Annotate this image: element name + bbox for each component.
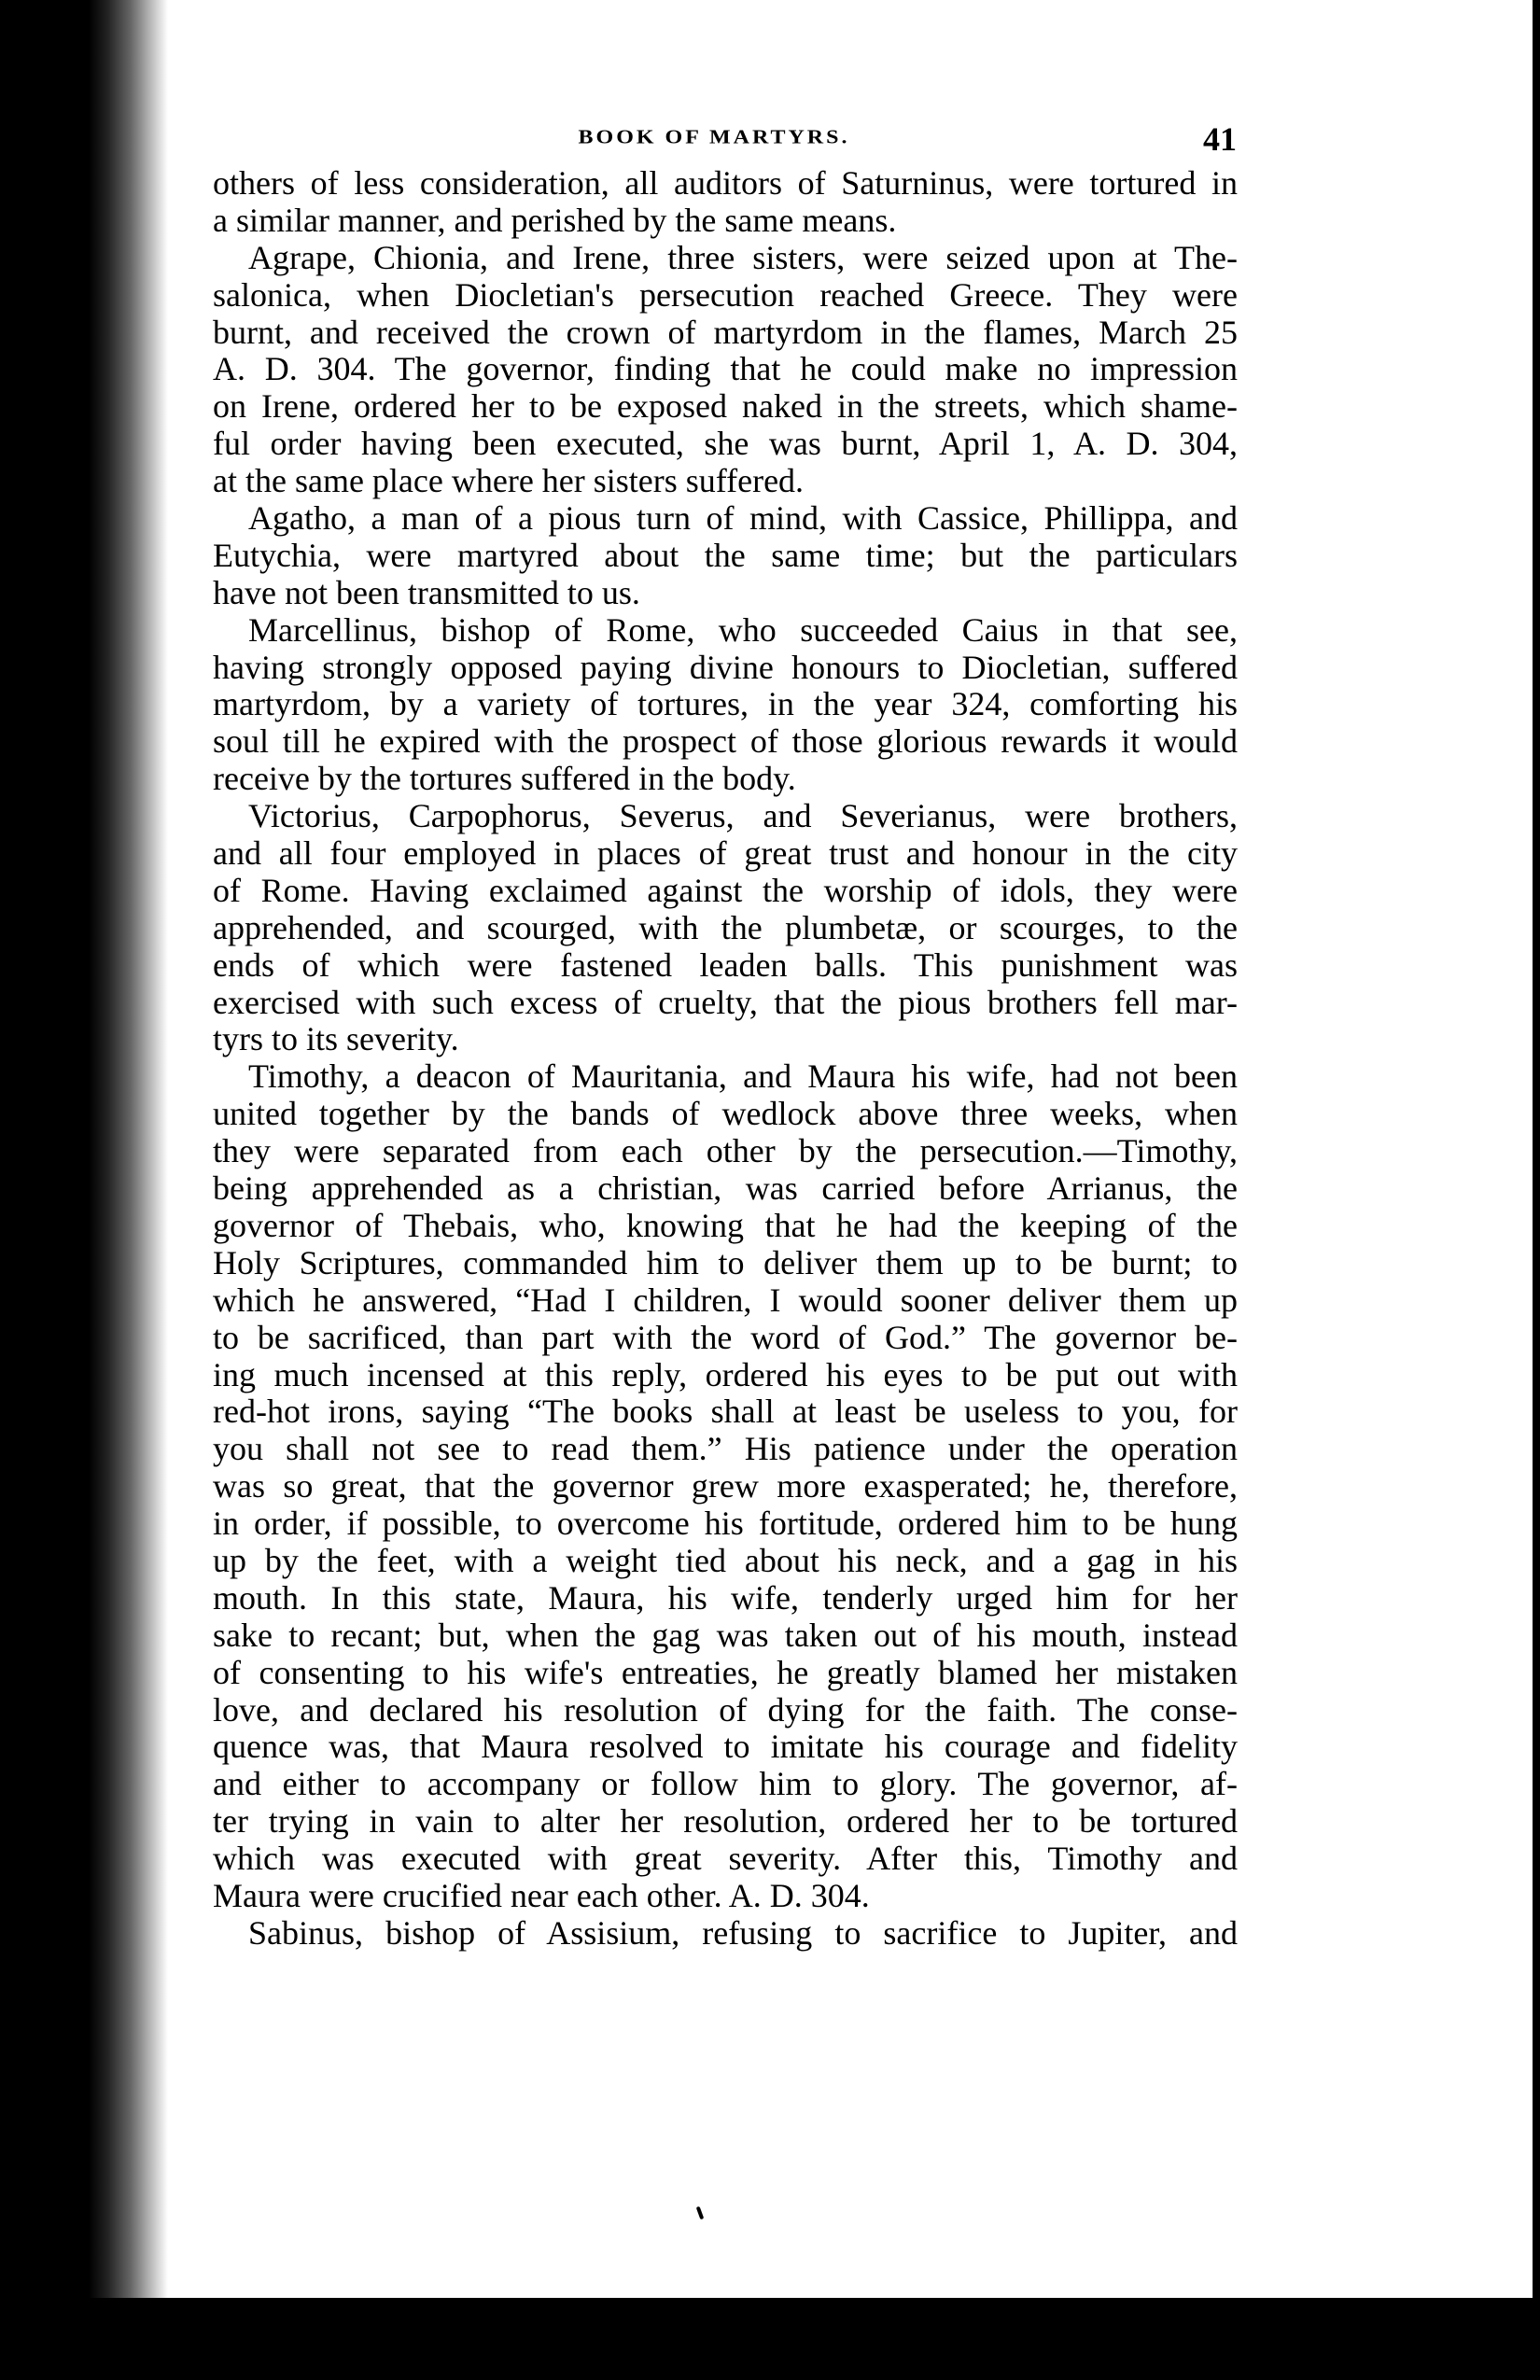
text-line: ter trying in vain to alter her resoluti…: [213, 1803, 1238, 1841]
binding-shadow: [0, 0, 177, 2305]
text-line: red-hot irons, saying “The books shall a…: [213, 1393, 1238, 1431]
text-line: governor of Thebais, who, knowing that h…: [213, 1208, 1238, 1245]
text-line: burnt, and received the crown of martyrd…: [213, 315, 1238, 352]
text-line: of Rome. Having exclaimed against the wo…: [213, 873, 1238, 910]
text-line: Marcellinus, bishop of Rome, who succeed…: [213, 612, 1238, 650]
text-line: tyrs to its severity.: [213, 1021, 1238, 1058]
text-line: was so great, that the governor grew mor…: [213, 1468, 1238, 1505]
text-line: martyrdom, by a variety of tortures, in …: [213, 686, 1238, 723]
text-line: up by the feet, with a weight tied about…: [213, 1543, 1238, 1580]
text-line: which he answered, “Had I children, I wo…: [213, 1282, 1238, 1320]
text-line: Timothy, a deacon of Mauritania, and Mau…: [213, 1058, 1238, 1096]
text-line: Sabinus, bishop of Assisium, refusing to…: [213, 1915, 1238, 1953]
text-line: receive by the tortures suffered in the …: [213, 761, 1238, 798]
text-line: have not been transmitted to us.: [213, 575, 1238, 612]
text-line: ends of which were fastened leaden balls…: [213, 947, 1238, 985]
text-line: you shall not see to read them.” His pat…: [213, 1431, 1238, 1468]
scan-right-edge: [1533, 0, 1540, 2380]
text-line: being apprehended as a christian, was ca…: [213, 1170, 1238, 1208]
text-line: in order, if possible, to overcome his f…: [213, 1505, 1238, 1543]
text-line: Maura were crucified near each other. A.…: [213, 1878, 1238, 1915]
text-line: salonica, when Diocletian's persecution …: [213, 277, 1238, 315]
text-line: Agrape, Chionia, and Irene, three sister…: [213, 240, 1238, 277]
text-line: Eutychia, were martyred about the same t…: [213, 538, 1238, 575]
text-line: mouth. In this state, Maura, his wife, t…: [213, 1580, 1238, 1617]
running-head: BOOK OF MARTYRS.: [560, 126, 868, 148]
text-line: and all four employed in places of great…: [213, 835, 1238, 873]
text-line: ful order having been executed, she was …: [213, 426, 1238, 463]
text-line: others of less consideration, all audito…: [213, 165, 1238, 203]
text-line: a similar manner, and perished by the sa…: [213, 203, 1238, 240]
text-line: quence was, that Maura resolved to imita…: [213, 1729, 1238, 1766]
text-line: having strongly opposed paying divine ho…: [213, 650, 1238, 687]
text-line: they were separated from each other by t…: [213, 1133, 1238, 1170]
text-line: on Irene, ordered her to be exposed nake…: [213, 388, 1238, 426]
text-line: love, and declared his resolution of dyi…: [213, 1692, 1238, 1729]
text-line: Agatho, a man of a pious turn of mind, w…: [213, 500, 1238, 538]
text-line: to be sacrificed, than part with the wor…: [213, 1320, 1238, 1357]
text-line: united together by the bands of wedlock …: [213, 1096, 1238, 1133]
text-line: soul till he expired with the prospect o…: [213, 723, 1238, 761]
text-line: sake to recant; but, when the gag was ta…: [213, 1617, 1238, 1655]
text-line: A. D. 304. The governor, finding that he…: [213, 351, 1238, 388]
scan-speck-mark: [696, 2206, 705, 2220]
text-line: Holy Scriptures, commanded him to delive…: [213, 1245, 1238, 1282]
text-line: of consenting to his wife's entreaties, …: [213, 1655, 1238, 1692]
page-number: 41: [1195, 119, 1237, 159]
scan-bottom-edge: [0, 2298, 1540, 2380]
text-line: and either to accompany or follow him to…: [213, 1766, 1238, 1803]
body-text: others of less consideration, all audito…: [213, 165, 1238, 1953]
text-line: ing much incensed at this reply, ordered…: [213, 1357, 1238, 1394]
text-line: exercised with such excess of cruelty, t…: [213, 985, 1238, 1022]
text-line: Victorius, Carpophorus, Severus, and Sev…: [213, 798, 1238, 835]
text-line: at the same place where her sisters suff…: [213, 463, 1238, 500]
text-line: which was executed with great severity. …: [213, 1841, 1238, 1878]
text-line: apprehended, and scourged, with the plum…: [213, 910, 1238, 947]
